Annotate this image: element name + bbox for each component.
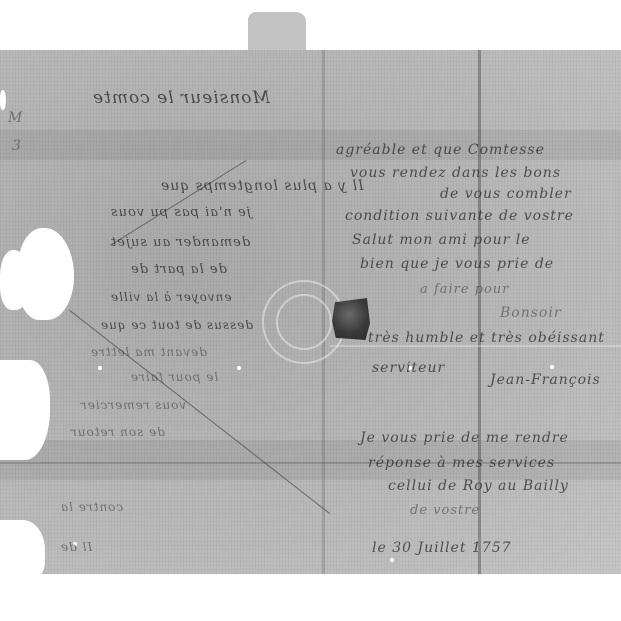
letter-line: vous remercier — [80, 398, 186, 412]
letter-line: le pour faire — [130, 370, 218, 384]
paper-tear — [0, 90, 6, 110]
postscript-line: réponse à mes services — [368, 455, 555, 471]
paper-tear — [0, 360, 50, 460]
postscript-line: Je vous prie de me rendre — [360, 430, 569, 446]
letter-line: Il de — [60, 540, 92, 554]
letter-line: a faire pour — [420, 282, 509, 297]
letter-line: dessus de tout ce que — [100, 318, 253, 332]
paper-hole — [237, 366, 241, 370]
letter-line: agréable et que Comtesse — [336, 142, 545, 158]
letter-line: de la part de — [130, 262, 227, 277]
postscript-line: cellui de Roy au Bailly — [388, 478, 569, 494]
letter-line: bien que je vous prie de — [360, 256, 554, 272]
letter-line: devant ma lettre — [90, 345, 207, 359]
letter-line: Salut mon ami pour le — [352, 232, 531, 248]
letter-line: Bonsoir — [500, 305, 562, 321]
letter-date: le 30 Juillet 1757 — [372, 540, 512, 556]
paper-tab — [248, 12, 306, 52]
document-scan: Monsieur le comte Il y a plus longtemps … — [0, 0, 621, 621]
letter-line: contre la — [60, 500, 123, 514]
signature: Jean-François — [490, 372, 601, 388]
address-header: Monsieur le comte — [92, 88, 270, 108]
letter-line: condition suivante de vostre — [345, 208, 574, 224]
paper-tear — [0, 520, 45, 580]
seal-impression — [276, 294, 332, 350]
margin-note: 3 — [12, 138, 22, 154]
wax-seal — [332, 298, 370, 340]
letter-line: serviteur — [372, 360, 445, 376]
letter-line: demander au sujet — [110, 235, 250, 250]
fold-line-vertical — [478, 50, 481, 574]
letter-line: de vous combler — [440, 186, 572, 202]
margin-note: M — [8, 110, 23, 126]
letter-line: envoyer à la ville — [110, 290, 231, 304]
paper-hole — [550, 365, 554, 369]
paper-hole — [98, 366, 102, 370]
postscript-line: de vostre — [410, 503, 480, 518]
letter-line: je n'ai pas pu vous — [110, 205, 251, 220]
letter-line: très humble et très obéissant — [368, 330, 605, 346]
paper-hole — [390, 558, 394, 562]
letter-line: vous rendez dans les bons — [350, 165, 561, 181]
letter-line: Il y a plus longtemps que — [160, 178, 364, 194]
letter-line: de son retour — [70, 425, 165, 439]
paper-tear — [0, 250, 30, 310]
